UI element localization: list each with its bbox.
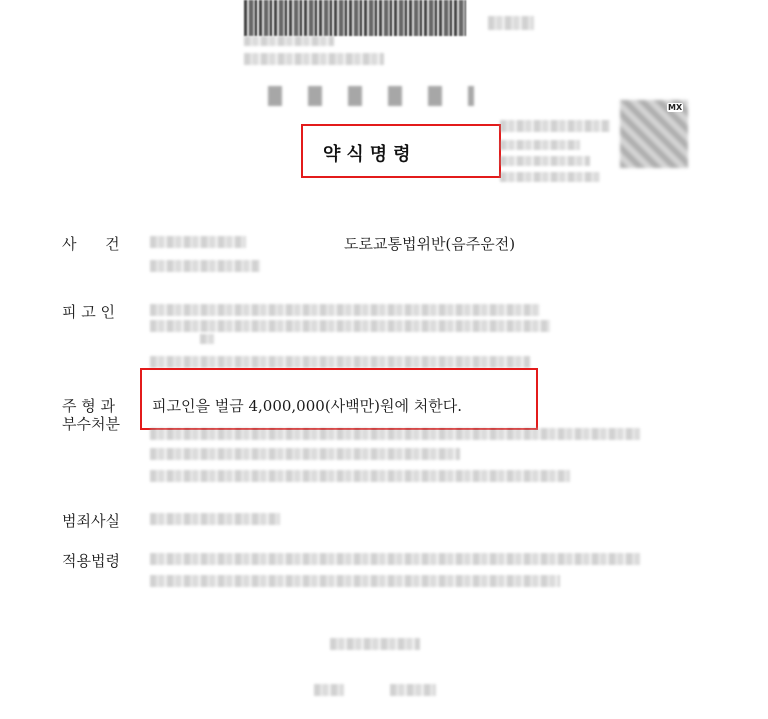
redacted-court-address [244, 53, 384, 65]
redacted-defendant-address-2 [200, 334, 214, 344]
redacted-applicable-law [150, 553, 640, 565]
document-title: 약식명령 [323, 140, 417, 166]
redacted-court-name [268, 86, 474, 106]
redacted-info-line [500, 140, 580, 150]
redacted-case-number-2 [150, 260, 260, 272]
redacted-doc-number [488, 16, 534, 30]
label-sentence-line2: 부수처분 [62, 413, 120, 434]
sentence-text: 피고인을 벌금 4,000,000(사백만)원에 처한다. [152, 395, 462, 416]
barcode [244, 0, 466, 36]
label-defendant: 피 고 인 [62, 301, 115, 322]
redacted-info-line [500, 172, 600, 182]
redacted-date [330, 638, 420, 650]
label-applicable-law: 적용법령 [62, 550, 120, 571]
redacted-info-line [500, 156, 590, 166]
redacted-judge-title [314, 684, 344, 696]
redacted-judge-name [390, 684, 436, 696]
redacted-sentence-detail [150, 448, 460, 460]
label-criminal-facts: 범죄사실 [62, 510, 120, 531]
redacted-case-number [150, 236, 246, 248]
redacted-info-line [500, 120, 610, 132]
stamp-tag: MX [667, 103, 683, 112]
label-case: 사 건 [62, 233, 120, 254]
redacted-defendant-info [150, 304, 540, 316]
redacted-defendant-registered [150, 356, 530, 368]
redacted-sentence-detail [150, 428, 640, 440]
case-name: 도로교통법위반(음주운전) [344, 233, 515, 254]
redacted-criminal-facts [150, 513, 280, 525]
redacted-sentence-detail [150, 470, 570, 482]
redacted-defendant-address [150, 320, 550, 332]
redacted-barcode-text [244, 36, 334, 46]
redacted-applicable-law [150, 575, 560, 587]
